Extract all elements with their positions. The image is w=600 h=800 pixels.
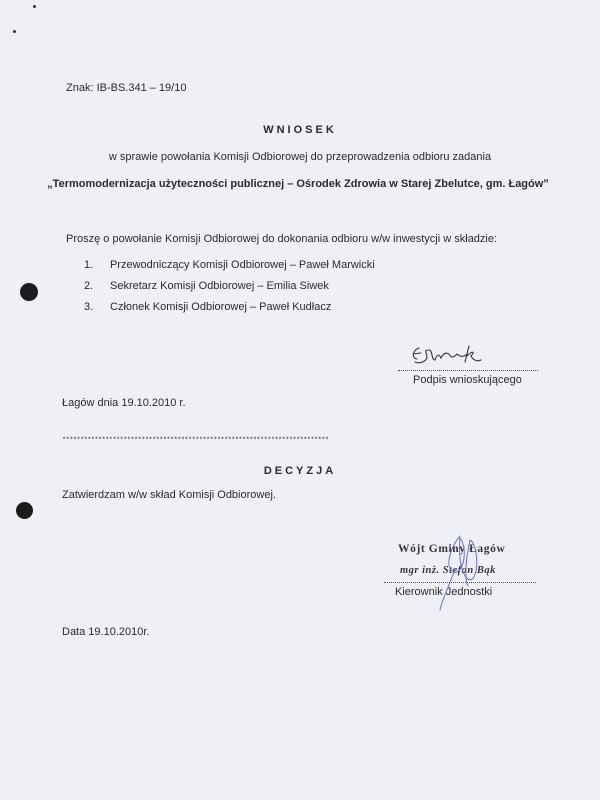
decision-date: Data 19.10.2010r. xyxy=(62,626,149,638)
scanned-document-page: Znak: IB-BS.341 – 19/10 WNIOSEK w sprawi… xyxy=(0,0,600,800)
member-number: 3. xyxy=(84,297,110,318)
committee-member: 3.Członek Komisji Odbiorowej – Paweł Kud… xyxy=(84,297,375,318)
section-separator: ****************************************… xyxy=(62,437,328,445)
place-and-date: Łagów dnia 19.10.2010 r. xyxy=(62,397,186,409)
scan-speck xyxy=(33,5,36,8)
signature-line-applicant xyxy=(398,370,538,371)
scan-speck xyxy=(13,30,16,33)
punch-hole-bottom xyxy=(16,502,33,519)
applicant-signature-label: Podpis wnioskującego xyxy=(413,374,522,386)
task-title: „Termomodernizacja użyteczności publiczn… xyxy=(0,178,598,190)
member-text: Sekretarz Komisji Odbiorowej – Emilia Si… xyxy=(110,280,329,292)
handwritten-signature-applicant xyxy=(405,340,515,370)
committee-member: 1.Przewodniczący Komisji Odbiorowej – Pa… xyxy=(84,255,375,276)
reference-number: Znak: IB-BS.341 – 19/10 xyxy=(66,82,186,94)
committee-member: 2.Sekretarz Komisji Odbiorowej – Emilia … xyxy=(84,276,375,297)
decision-text: Zatwierdzam w/w skład Komisji Odbiorowej… xyxy=(62,489,276,501)
member-text: Przewodniczący Komisji Odbiorowej – Pawe… xyxy=(110,259,375,271)
handwritten-signature-manager xyxy=(430,528,490,613)
request-intro: Proszę o powołanie Komisji Odbiorowej do… xyxy=(66,233,497,245)
member-number: 2. xyxy=(84,276,110,297)
punch-hole-top xyxy=(20,283,38,301)
committee-members-list: 1.Przewodniczący Komisji Odbiorowej – Pa… xyxy=(84,255,375,318)
member-text: Członek Komisji Odbiorowej – Paweł Kudła… xyxy=(110,301,331,313)
member-number: 1. xyxy=(84,255,110,276)
request-subject-line: w sprawie powołania Komisji Odbiorowej d… xyxy=(0,151,600,163)
decision-heading: DECYZJA xyxy=(0,465,600,477)
request-heading: WNIOSEK xyxy=(0,124,600,136)
